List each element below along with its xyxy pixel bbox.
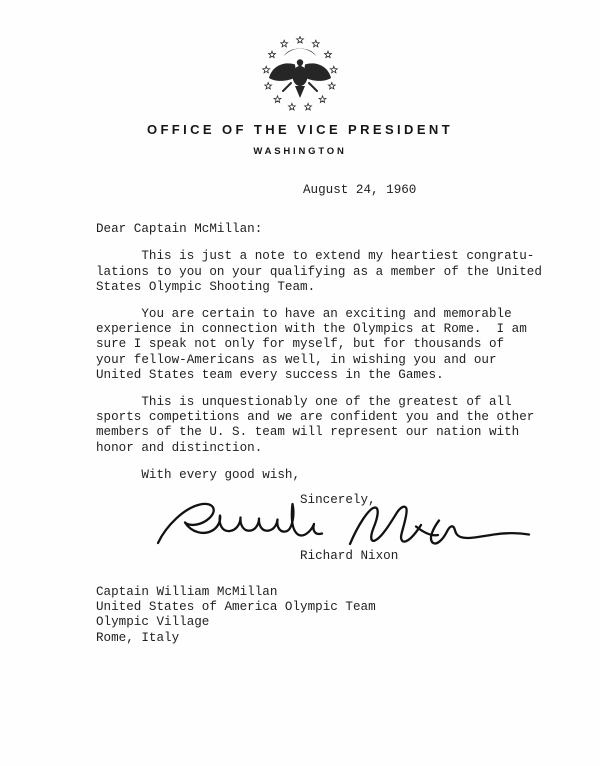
letterhead: OFFICE OF THE VICE PRESIDENT WASHINGTON [0, 0, 600, 157]
closing-block: Sincerely, Richard Nixon [96, 493, 571, 567]
salutation: Dear Captain McMillan: [96, 222, 571, 237]
letter-document: OFFICE OF THE VICE PRESIDENT WASHINGTON … [0, 0, 600, 766]
recipient-address-block: Captain William McMillan United States o… [96, 585, 571, 646]
closing-word: Sincerely, [300, 493, 571, 508]
body-paragraph-4: With every good wish, [96, 468, 571, 483]
date-line: August 24, 1960 [303, 183, 571, 198]
body-paragraph-1: This is just a note to extend my heartie… [96, 249, 571, 295]
body-paragraph-3: This is unquestionably one of the greate… [96, 395, 571, 456]
body-paragraph-2: You are certain to have an exciting and … [96, 307, 571, 383]
letter-body: August 24, 1960 Dear Captain McMillan: T… [0, 183, 571, 646]
letterhead-office-line: OFFICE OF THE VICE PRESIDENT [0, 122, 600, 137]
vice-president-seal-icon [260, 36, 340, 114]
typed-signature-name: Richard Nixon [300, 549, 571, 564]
letterhead-city-line: WASHINGTON [0, 146, 600, 157]
